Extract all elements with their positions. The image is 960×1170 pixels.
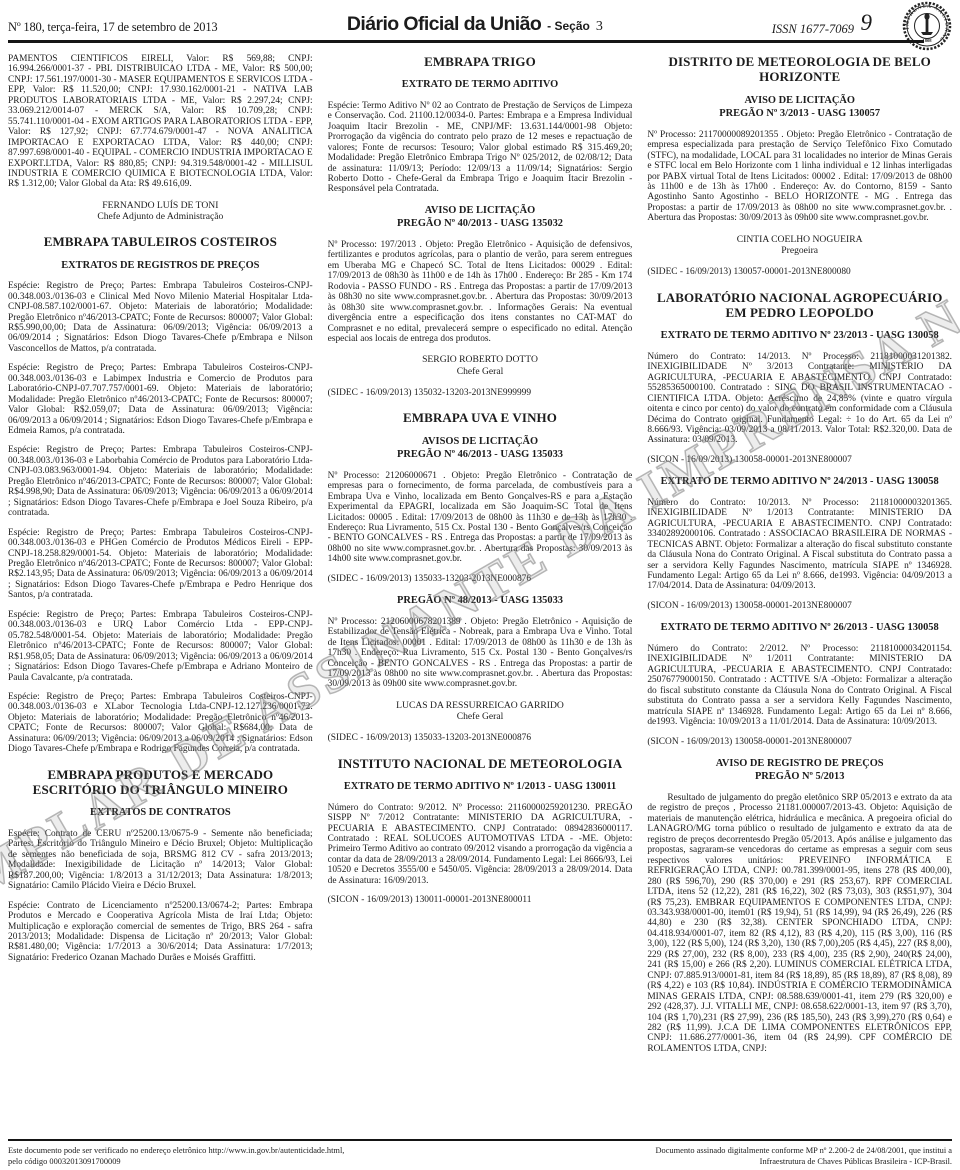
article-paragraph: Espécie: Registro de Preço; Partes: Embr… [8, 363, 313, 436]
footer-verification: Este documento pode ser verificado no en… [8, 1146, 438, 1167]
org-heading: EMBRAPA TABULEIROS COSTEIROS [8, 234, 313, 249]
article-paragraph: Nº Processo: 21170000089201355 . Objeto:… [647, 130, 952, 224]
article-paragraph: Número do Contrato: 14/2013. Nº Processo… [647, 352, 952, 446]
section-heading: AVISOS DE LICITAÇÃO PREGÃO Nº 46/2013 - … [328, 435, 633, 462]
footer-verification-code: pelo código 00032013091700009 [8, 1157, 438, 1168]
column-2: EMBRAPA TRIGOEXTRATO DE TERMO ADITIVOEsp… [328, 54, 633, 1136]
signature-name: FERNANDO LUÍS DE TONI [8, 200, 313, 211]
section-heading: AVISO DE LICITAÇÃO PREGÃO Nº 40/2013 - U… [328, 204, 633, 231]
article-paragraph: Número do Contrato: 9/2012. Nº Processo:… [328, 803, 633, 887]
page-number: 9 [861, 10, 873, 36]
section-heading: EXTRATOS DE REGISTROS DE PREÇOS [8, 259, 313, 273]
section-heading: EXTRATO DE TERMO ADITIVO Nº 23/2013 - UA… [647, 329, 952, 343]
signature-role: Chefe Geral [328, 366, 633, 377]
article-paragraph: Espécie: Termo Aditivo Nº 02 ao Contrato… [328, 101, 633, 195]
org-heading: EMBRAPA PRODUTOS E MERCADO ESCRITÓRIO DO… [8, 767, 313, 798]
gazette-page: Nº 180, terça-feira, 17 de setembro de 2… [0, 0, 960, 1170]
columns: PAMENTOS CIENTIFICOS EIRELI, Valor: R$ 5… [8, 54, 952, 1136]
article-paragraph: Número do Contrato: 2/2012. Nº Processo:… [647, 644, 952, 728]
signature-name: LUCAS DA RESSURREICAO GARRIDO [328, 700, 633, 711]
publication-ref: (SIDEC - 16/09/2013) 135032-13203-2013NE… [328, 388, 633, 398]
section-label: - Seção [547, 19, 590, 33]
signature-block: FERNANDO LUÍS DE TONIChefe Adjunto de Ad… [8, 200, 313, 222]
article-paragraph: Nº Processo: 21206000671 . Objeto: Pregã… [328, 471, 633, 565]
publication-ref: (SIDEC - 16/09/2013) 135033-13203-2013NE… [328, 574, 633, 584]
signature-block: LUCAS DA RESSURREICAO GARRIDOChefe Geral [328, 700, 633, 722]
column-3: DISTRITO DE METEOROLOGIA DE BELO HORIZON… [647, 54, 952, 1136]
header-rule [8, 40, 924, 43]
section-heading: EXTRATO DE TERMO ADITIVO [328, 78, 633, 92]
masthead: Diário Oficial da União - Seção 3 [347, 13, 603, 36]
section-heading: EXTRATOS DE CONTRATOS [8, 806, 313, 820]
publication-ref: (SIDEC - 16/09/2013) 135033-13203-2013NE… [328, 733, 633, 743]
article-paragraph: Espécie: Registro de Preço; Partes: Embr… [8, 281, 313, 354]
section-heading: EXTRATO DE TERMO ADITIVO Nº 24/2013 - UA… [647, 475, 952, 489]
publication-ref: (SICON - 16/09/2013) 130058-00001-2013NE… [647, 601, 952, 611]
publication-ref: (SICON - 16/09/2013) 130058-00001-2013NE… [647, 455, 952, 465]
article-paragraph: Nº Processo: 21206000678201389 . Objeto:… [328, 617, 633, 690]
signature-name: CINTIA COELHO NOGUEIRA [647, 234, 952, 245]
article-paragraph: Espécie: Registro de Preço; Partes: Embr… [8, 692, 313, 755]
article-paragraph: PAMENTOS CIENTIFICOS EIRELI, Valor: R$ 5… [8, 54, 313, 190]
footer-rule [8, 1139, 952, 1141]
article-paragraph: Nº Processo: 197/2013 . Objeto: Pregão E… [328, 240, 633, 345]
section-heading: AVISO DE LICITAÇÃO PREGÃO Nº 3/2013 - UA… [647, 94, 952, 121]
section-heading: PREGÃO Nº 48/2013 - UASG 135033 [328, 594, 633, 608]
edition-date: Nº 180, terça-feira, 17 de setembro de 2… [8, 20, 217, 35]
footer-signature: Documento assinado digitalmente conforme… [482, 1146, 952, 1167]
org-heading: EMBRAPA UVA E VINHO [328, 410, 633, 425]
issn-number: ISSN 1677-7069 [772, 22, 854, 37]
imprensa-nacional-seal-icon: IMPRENSA NACIONAL 1808 [902, 1, 952, 51]
article-paragraph: Espécie: Registro de Preço; Partes: Embr… [8, 528, 313, 601]
section-heading: EXTRATO DE TERMO ADITIVO Nº 26/2013 - UA… [647, 621, 952, 635]
journal-title: Diário Oficial da União [347, 13, 541, 36]
article-paragraph: Espécie: Registro de Preço; Partes: Embr… [8, 610, 313, 683]
footer-verification-line1: Este documento pode ser verificado no en… [8, 1146, 438, 1157]
footer-signature-line1: Documento assinado digitalmente conforme… [482, 1146, 952, 1157]
publication-ref: (SIDEC - 16/09/2013) 130057-00001-2013NE… [647, 267, 952, 277]
section-heading: AVISO DE REGISTRO DE PREÇOS PREGÃO Nº 5/… [647, 757, 952, 784]
footer-signature-line2: Infraestrutura de Chaves Públicas Brasil… [482, 1157, 952, 1168]
org-heading: DISTRITO DE METEOROLOGIA DE BELO HORIZON… [647, 54, 952, 85]
signature-role: Chefe Adjunto de Administração [8, 211, 313, 222]
signature-role: Pregoeira [647, 245, 952, 256]
section-heading: EXTRATO DE TERMO ADITIVO Nº 1/2013 - UAS… [328, 780, 633, 794]
signature-role: Chefe Geral [328, 711, 633, 722]
article-paragraph: Número do Contrato: 10/2013. Nº Processo… [647, 498, 952, 592]
org-heading: LABORATÓRIO NACIONAL AGROPECUÁRIO EM PED… [647, 290, 952, 321]
publication-ref: (SICON - 16/09/2013) 130011-00001-2013NE… [328, 895, 633, 905]
section-number: 3 [596, 19, 603, 35]
org-heading: EMBRAPA TRIGO [328, 54, 633, 69]
signature-name: SERGIO ROBERTO DOTTO [328, 354, 633, 365]
column-1: PAMENTOS CIENTIFICOS EIRELI, Valor: R$ 5… [8, 54, 313, 1136]
article-paragraph: Espécie: Contrato de Licenciamento nº252… [8, 901, 313, 964]
signature-block: CINTIA COELHO NOGUEIRAPregoeira [647, 234, 952, 256]
signature-block: SERGIO ROBERTO DOTTOChefe Geral [328, 354, 633, 376]
publication-ref: (SICON - 16/09/2013) 130058-00001-2013NE… [647, 737, 952, 747]
article-paragraph: Resultado de julgamento do pregão eletôn… [647, 793, 952, 1054]
org-heading: INSTITUTO NACIONAL DE METEOROLOGIA [328, 756, 633, 771]
article-paragraph: Espécie: Registro de Preço; Partes: Embr… [8, 445, 313, 518]
article-paragraph: Espécie: Contrato de CERU nº25200.13/067… [8, 829, 313, 892]
